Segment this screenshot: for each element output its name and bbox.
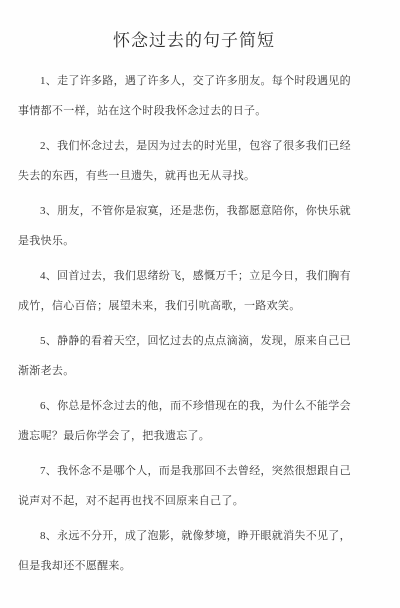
paragraph-6: 6、你总是怀念过去的他，而不珍惜现在的我，为什么不能学会 遗忘呢？最后你学会了，… (18, 391, 370, 451)
paragraph-2: 2、我们怀念过去，是因为过去的时光里，包容了很多我们已经 失去的东西，有些一旦遗… (18, 131, 370, 191)
paragraph-3-line-1: 3、朋友，不管你是寂寞，还是悲伤，我都愿意陪你，你快乐就 (18, 196, 370, 226)
paragraph-2-line-2: 失去的东西，有些一旦遗失，就再也无从寻找。 (18, 161, 370, 191)
paragraph-7: 7、我怀念不是哪个人，而是我那回不去曾经，突然很想跟自己 说声对不起，对不起再也… (18, 456, 370, 516)
paragraph-4-line-1: 4、回首过去，我们思绪纷飞，感慨万千；立足今日，我们胸有 (18, 261, 370, 291)
paragraph-5-line-2: 渐渐老去。 (18, 356, 370, 386)
paragraph-list: 1、走了许多路，遇了许多人，交了许多朋友。每个时段遇见的 事情都不一样，站在这个… (18, 66, 370, 581)
paragraph-4-line-2: 成竹，信心百倍；展望未来，我们引吭高歌，一路欢笑。 (18, 291, 370, 321)
paragraph-2-line-1: 2、我们怀念过去，是因为过去的时光里，包容了很多我们已经 (18, 131, 370, 161)
document-page: 怀念过去的句子简短 1、走了许多路，遇了许多人，交了许多朋友。每个时段遇见的 事… (0, 0, 400, 608)
paragraph-3-line-2: 是我快乐。 (18, 226, 370, 256)
paragraph-7-line-1: 7、我怀念不是哪个人，而是我那回不去曾经，突然很想跟自己 (18, 456, 370, 486)
paragraph-5: 5、静静的看着天空，回忆过去的点点滴滴，发现，原来自己已 渐渐老去。 (18, 326, 370, 386)
paragraph-6-line-1: 6、你总是怀念过去的他，而不珍惜现在的我，为什么不能学会 (18, 391, 370, 421)
paragraph-1-line-2: 事情都不一样，站在这个时段我怀念过去的日子。 (18, 96, 370, 126)
page-title: 怀念过去的句子简短 (18, 30, 370, 52)
paragraph-8-line-2: 但是我却还不愿醒来。 (18, 551, 370, 581)
paragraph-6-line-2: 遗忘呢？最后你学会了，把我遗忘了。 (18, 421, 370, 451)
paragraph-5-line-1: 5、静静的看着天空，回忆过去的点点滴滴，发现，原来自己已 (18, 326, 370, 356)
paragraph-8: 8、永远不分开，成了泡影，就像梦境，睁开眼就消失不见了， 但是我却还不愿醒来。 (18, 521, 370, 581)
paragraph-3: 3、朋友，不管你是寂寞，还是悲伤，我都愿意陪你，你快乐就 是我快乐。 (18, 196, 370, 256)
paragraph-1-line-1: 1、走了许多路，遇了许多人，交了许多朋友。每个时段遇见的 (18, 66, 370, 96)
paragraph-7-line-2: 说声对不起，对不起再也找不回原来自己了。 (18, 486, 370, 516)
paragraph-1: 1、走了许多路，遇了许多人，交了许多朋友。每个时段遇见的 事情都不一样，站在这个… (18, 66, 370, 126)
paragraph-8-line-1: 8、永远不分开，成了泡影，就像梦境，睁开眼就消失不见了， (18, 521, 370, 551)
paragraph-4: 4、回首过去，我们思绪纷飞，感慨万千；立足今日，我们胸有 成竹，信心百倍；展望未… (18, 261, 370, 321)
